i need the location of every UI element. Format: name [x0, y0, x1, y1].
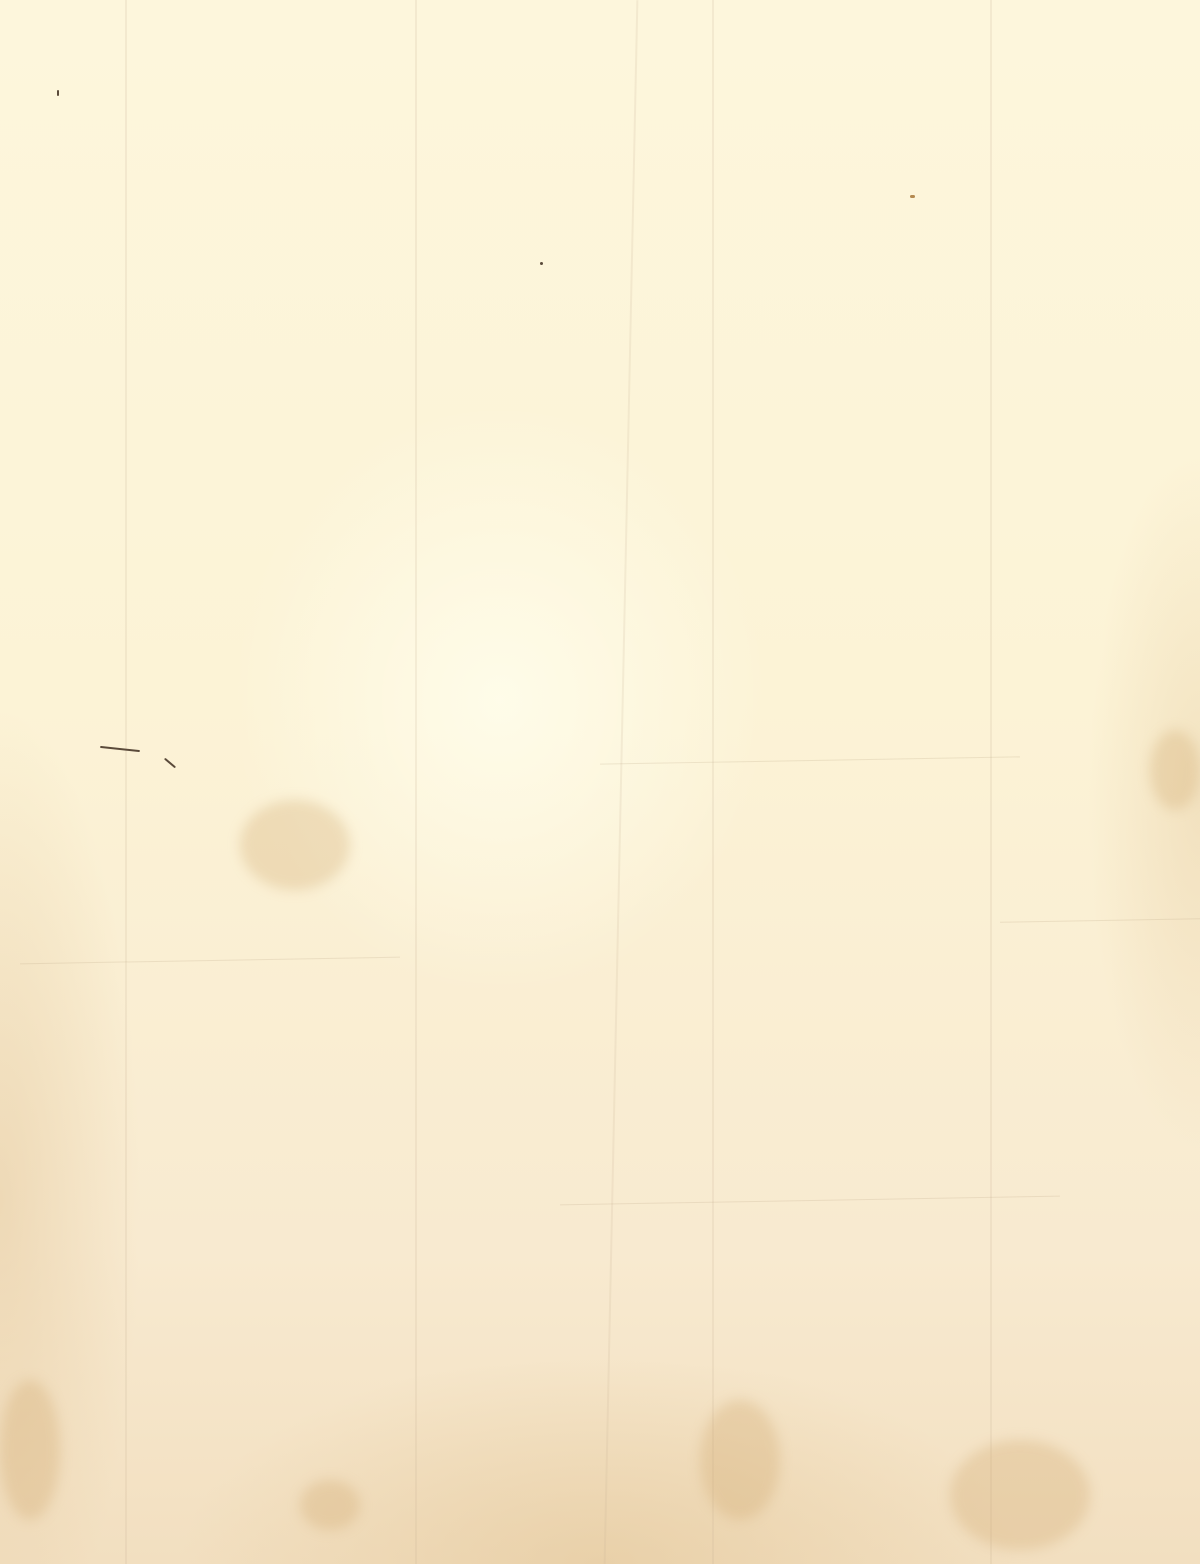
fold-line [990, 0, 992, 1564]
ink-mark [910, 195, 915, 198]
water-stain [950, 1440, 1090, 1550]
water-stain [240, 800, 350, 890]
water-stain [700, 1400, 780, 1520]
water-stain [300, 1480, 360, 1530]
fold-line [415, 0, 417, 1564]
water-stain [1150, 730, 1200, 810]
fold-line [604, 0, 639, 1564]
ink-mark [540, 262, 543, 265]
blank-aged-paper [0, 0, 1200, 1564]
crease [20, 957, 400, 965]
water-stain [0, 1380, 60, 1520]
fold-line [712, 0, 714, 1564]
ink-mark [100, 746, 140, 752]
crease [560, 1196, 1060, 1206]
fold-line [125, 0, 127, 1564]
ink-mark [164, 758, 176, 769]
crease [600, 756, 1020, 764]
ink-mark [57, 90, 59, 96]
crease [1000, 918, 1200, 922]
